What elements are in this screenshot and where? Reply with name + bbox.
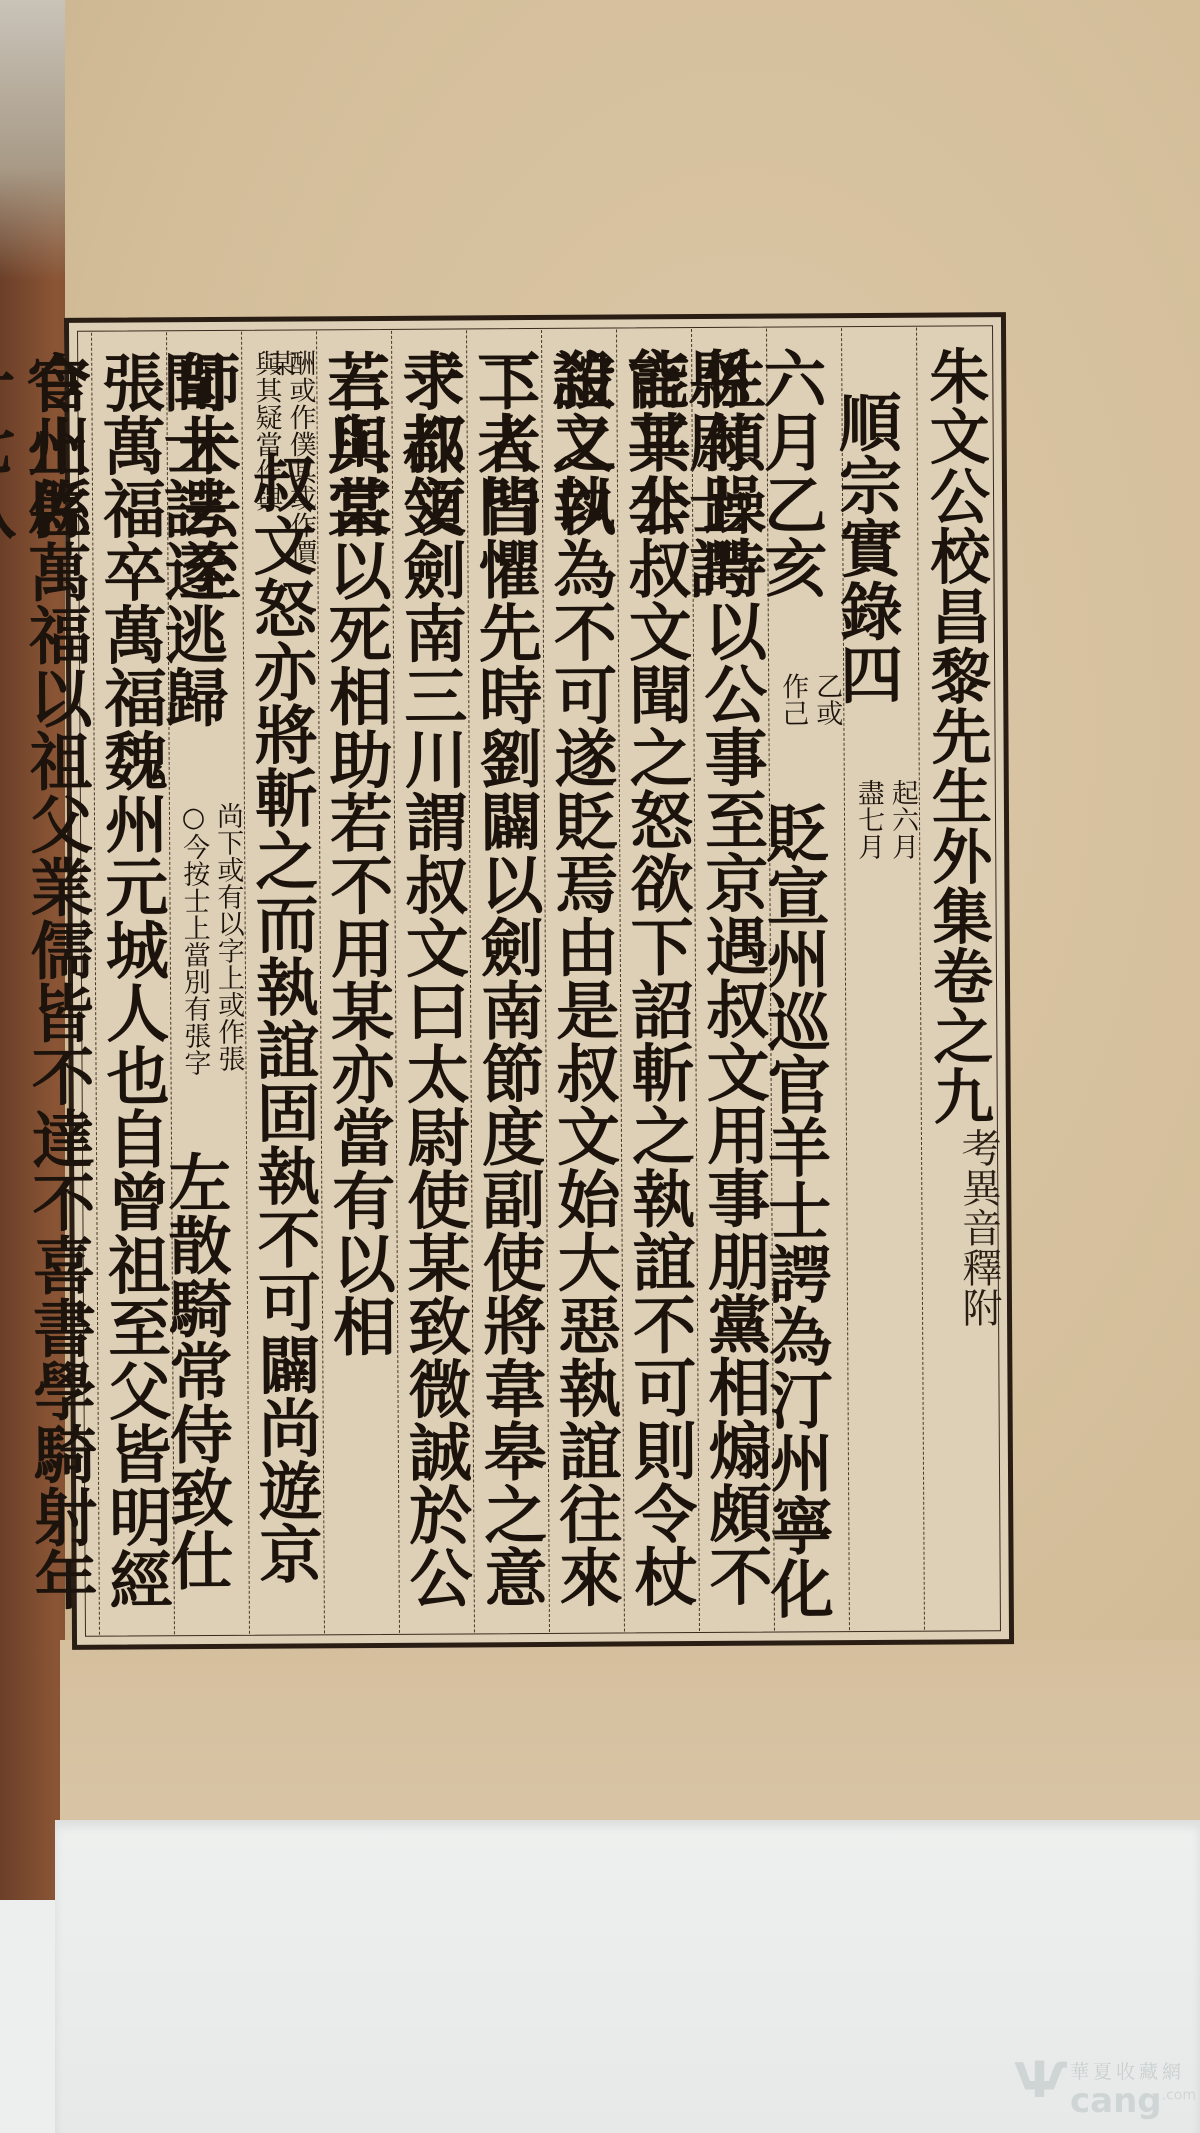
inline-note-line-2: 作己 (775, 672, 809, 726)
text-column-1: 六月乙亥 乙或 作己 貶宣州巡官羊士諤為汀州寧化縣尉士諤 (766, 328, 849, 1630)
text-column-11: 令州佐萬福以祖父業儒皆不達不喜書學騎射年十七八 (16, 333, 99, 1635)
text-column-10: 張萬福卒萬福魏州元城人也自曾祖至父皆明經官止縣 (91, 332, 174, 1634)
text-column-9: 聞士諤遂逃歸 尚下或有以字上或作張 ○今按士上當別有張字 左散騎常侍致仕 (166, 332, 249, 1634)
inline-note: 乙或 作己 (775, 672, 843, 726)
chapter-note-line-2: 盡七月 (851, 779, 885, 860)
text-column-4: 誼又以為不可遂貶焉由是叔文始大惡執誼往來二人門 (541, 330, 624, 1632)
inline-note-line-1: 尚下或有以字上或作張 (210, 802, 246, 1076)
chapter-note: 起六月 盡七月 (851, 779, 919, 860)
title-column: 朱文公校昌黎先生外集卷之九 考異音釋附 (916, 327, 999, 1629)
text-column-2: 性傾躁時以公事至京遇叔文用事朋黨相煽頗不能平公 (691, 329, 774, 1631)
watermark-logo-icon: Ѱ (1014, 2053, 1064, 2108)
inline-note: 尚下或有以字上或作張 ○今按士上當別有張字 (176, 802, 246, 1076)
watermark-brand: cang.com (1070, 2081, 1196, 2121)
watermark-brand-text: cang (1070, 2081, 1162, 2121)
column-text: 三川當以死相助若不用某亦當有以相 (317, 349, 397, 1357)
book-title: 朱文公校昌黎先生外集卷之九 (919, 345, 994, 1125)
text-column-7: 三川當以死相助若不用某亦當有以相 酬或作僕其或作價 與其疑當作與 (316, 331, 399, 1633)
chapter-column: 順宗實錄四 起六月 盡七月 (841, 328, 924, 1630)
text-columns: 朱文公校昌黎先生外集卷之九 考異音釋附 順宗實錄四 起六月 盡七月 六月乙亥 乙… (81, 327, 999, 1635)
title-annotation: 考異音釋附 (958, 1127, 999, 1327)
chapter-note-line-1: 起六月 (885, 779, 919, 860)
inline-note-line-2: ○今按士上當別有張字 (176, 802, 212, 1076)
text-column-6: 求都領劍南三川謂叔文曰太尉使某致微誠於公若與某 (391, 330, 474, 1632)
site-watermark: Ѱ 華夏收藏網 cang.com (990, 2043, 1190, 2123)
inline-note-line-1: 乙或 (809, 672, 843, 726)
small-character: 某 (263, 349, 296, 376)
page-lower-margin (60, 1640, 1200, 1840)
watermark-domain: .com (1162, 2088, 1196, 2104)
watermark-chinese: 華夏收藏網 (1070, 2057, 1185, 2084)
text-column-3: 言其非叔文聞之怒欲下詔斬之執誼不可則令杖殺之執 (616, 329, 699, 1631)
printed-text-frame: 朱文公校昌黎先生外集卷之九 考異音釋附 順宗實錄四 起六月 盡七月 六月乙亥 乙… (64, 312, 1014, 1650)
text-column-8: 某 叔文怒亦將斬之而執誼固執不可闢尚遊京師未去至 (241, 331, 324, 1633)
text-column-5: 下者皆懼先時劉闢以劍南節度副使將韋皋之意于叔文 (466, 330, 549, 1632)
